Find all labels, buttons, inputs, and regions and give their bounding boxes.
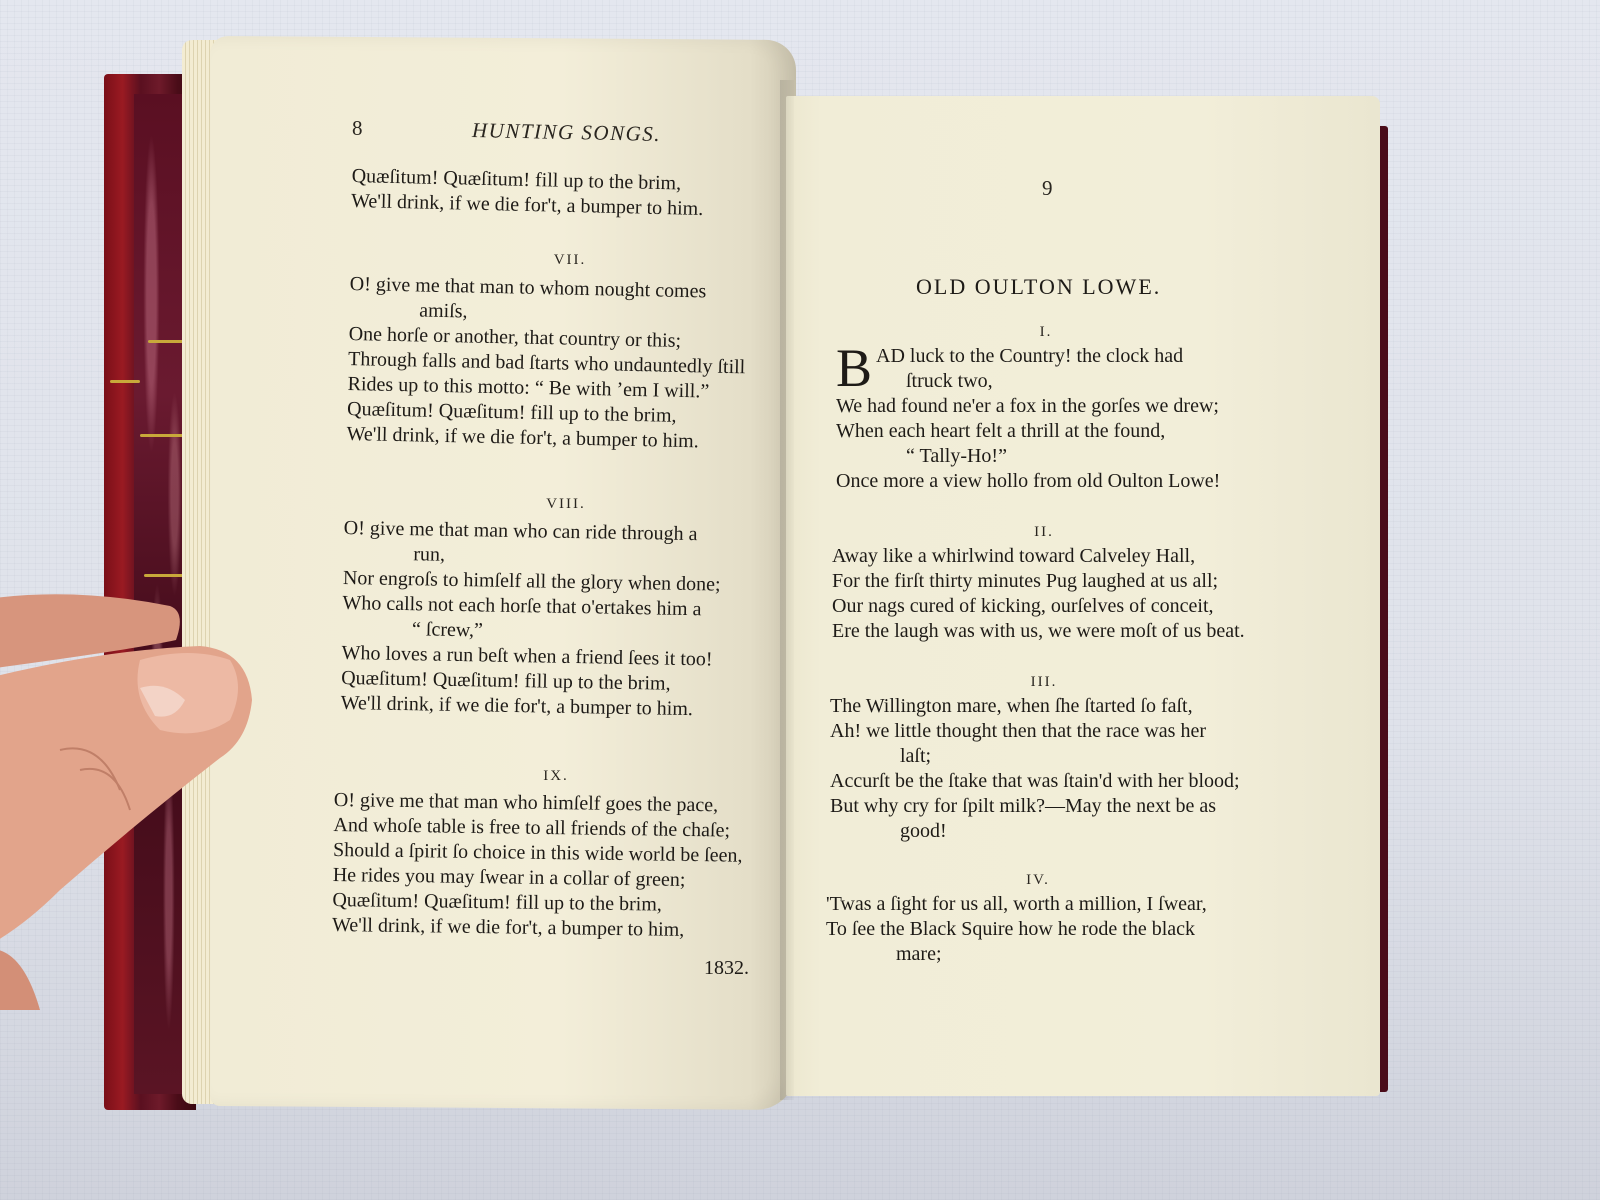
poem-title: OLD OULTON LOWE. [916, 274, 1161, 300]
stanza-viii: O! give me that man who can ride through… [341, 516, 780, 724]
verse-line: laſt; [830, 744, 1254, 769]
verse-line: To ſee the Black Squire how he rode the … [826, 917, 1252, 942]
poem-date: 1832. [704, 956, 749, 981]
verse-line: mare; [826, 942, 1252, 967]
carryover-lines: Quæſitum! Quæſitum! fill up to the brim,… [351, 164, 772, 224]
verse-line: 'Twas a ſight for us all, worth a millio… [826, 892, 1252, 917]
verse-line: But why cry for ſpilt milk?—May the next… [830, 794, 1254, 819]
left-page-number: 8 [352, 116, 363, 141]
stanza-number: IV. [988, 872, 1088, 889]
stanza-number: VIII. [516, 496, 616, 513]
gold-vein [110, 380, 140, 383]
gold-vein [140, 434, 186, 437]
drop-cap: B [836, 346, 872, 390]
stanza-i: B AD luck to the Country! the clock hadſ… [836, 344, 1258, 494]
stanza-number: I. [996, 324, 1096, 341]
verse-line: When each heart felt a thrill at the fou… [836, 419, 1258, 444]
gold-vein [144, 574, 184, 577]
book-gutter [780, 80, 794, 1100]
verse-line: Ere the laugh was with us, we were moſt … [832, 619, 1256, 644]
stanza-ix: O! give me that man who himſelf goes the… [332, 788, 774, 944]
stanza-ii: Away like a whirlwind toward Calveley Ha… [832, 544, 1256, 644]
stanza-iv: 'Twas a ſight for us all, worth a millio… [826, 892, 1252, 967]
verse-line: Our nags cured of kicking, ourſelves of … [832, 594, 1256, 619]
verse-line: Away like a whirlwind toward Calveley Ha… [832, 544, 1256, 569]
stanza-vii: O! give me that man to whom nought comes… [346, 272, 782, 456]
verse-line: Accurſt be the ſtake that was ſtain'd wi… [830, 769, 1254, 794]
verse-line: good! [830, 819, 1254, 844]
verse-line: For the firſt thirty minutes Pug laughed… [832, 569, 1256, 594]
stanza-iii: The Willington mare, when ſhe ſtarted ſo… [830, 694, 1254, 844]
stanza-number: VII. [520, 252, 620, 269]
stanza-number: III. [994, 674, 1094, 691]
stanza-number: IX. [506, 768, 606, 785]
verse-line: ſtruck two, [836, 369, 1258, 394]
verse-line: Once more a view hollo from old Oulton L… [836, 469, 1258, 494]
verse-line: AD luck to the Country! the clock had [836, 344, 1258, 369]
stanza-number: II. [994, 524, 1094, 541]
hand [0, 590, 280, 1010]
verse-line: The Willington mare, when ſhe ſtarted ſo… [830, 694, 1254, 719]
verse-line: “ Tally-Ho!” [836, 444, 1258, 469]
verse-line: We had found ne'er a fox in the gorſes w… [836, 394, 1258, 419]
right-page-number: 9 [1042, 176, 1053, 201]
running-head: HUNTING SONGS. [472, 118, 662, 147]
verse-line: Ah! we little thought then that the race… [830, 719, 1254, 744]
